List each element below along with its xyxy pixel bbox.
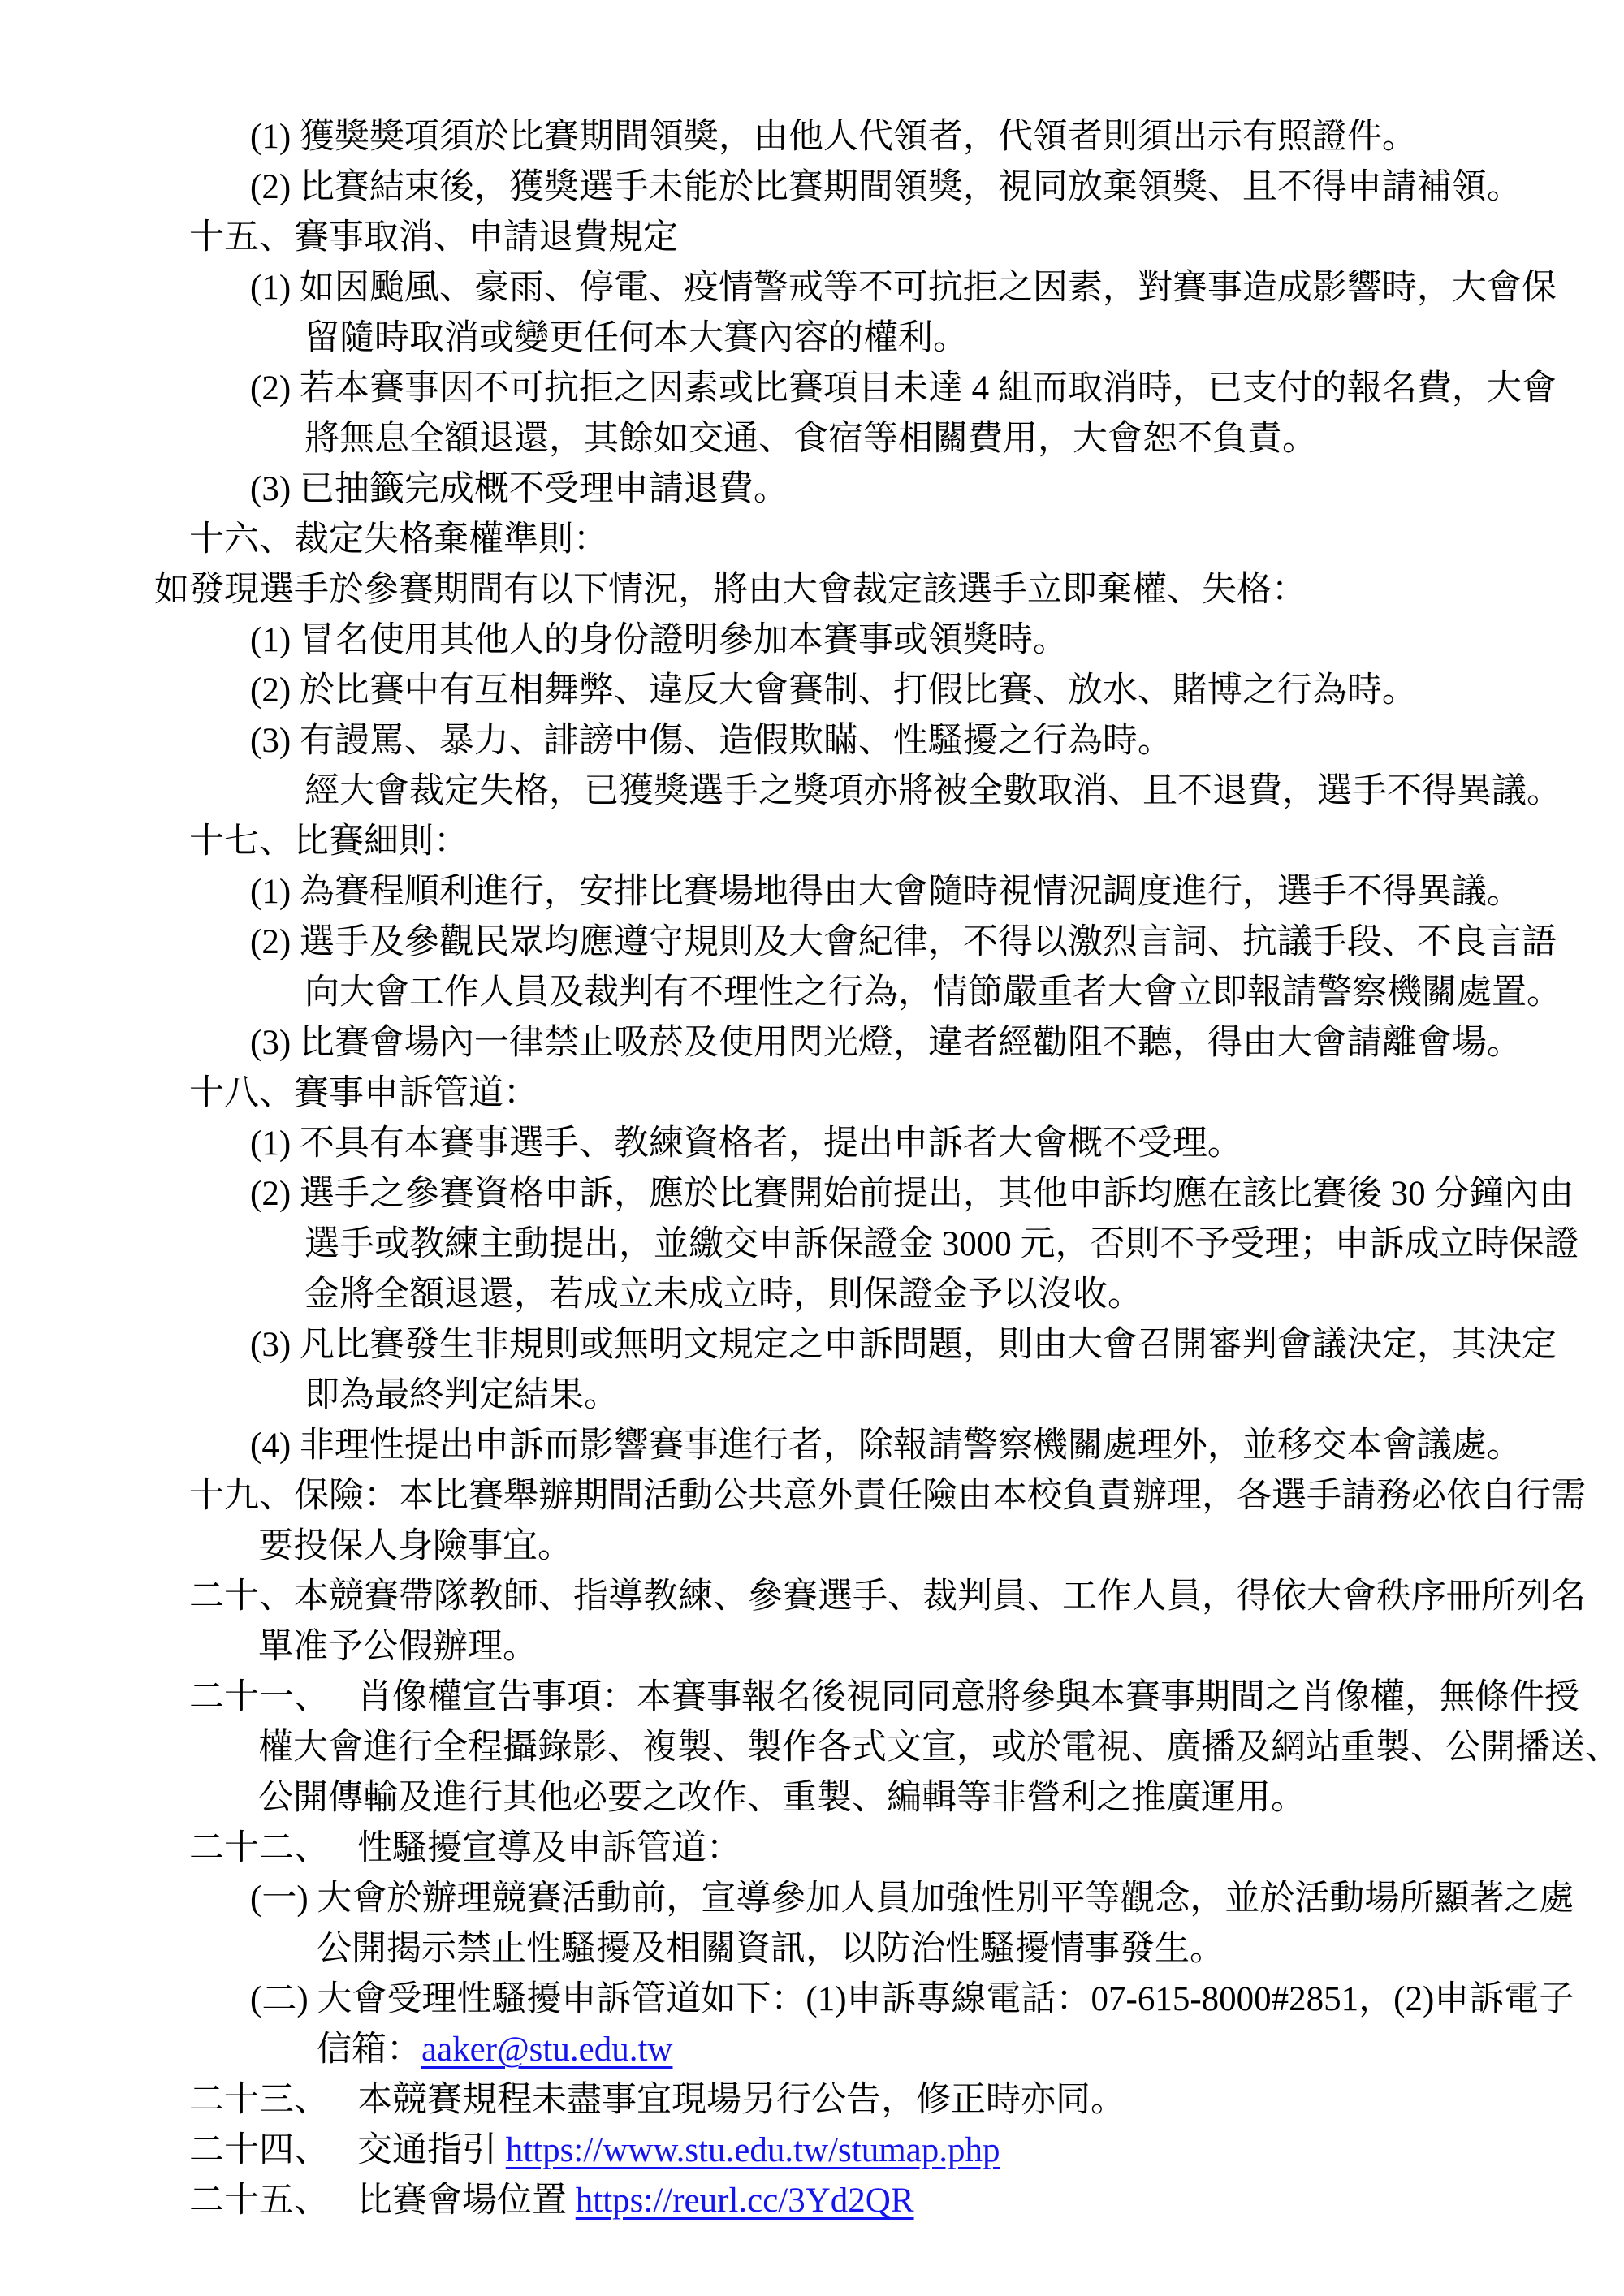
doc-line: 留隨時取消或變更任何本大賽內容的權利。 <box>304 313 1624 364</box>
doc-line: (1) 獲獎獎項須於比賽期間領獎，由他人代領者，代領者則須出示有照證件。 <box>250 112 1624 162</box>
doc-line: 公開傳輸及進行其他必要之改作、重製、編輯等非營利之推廣運用。 <box>258 1773 1624 1823</box>
doc-line: 公開揭示禁止性騷擾及相關資訊，以防治性騷擾情事發生。 <box>317 1924 1624 1974</box>
doc-line: (2) 比賽結束後，獲獎選手未能於比賽期間領獎，視同放棄領獎、且不得申請補領。 <box>250 162 1624 213</box>
doc-line: (3) 凡比賽發生非規則或無明文規定之申訴問題，則由大會召開審判會議決定，其決定 <box>250 1320 1624 1370</box>
text-run: (1) 如因颱風、豪雨、停電、疫情警戒等不可抗拒之因素，對賽事造成影響時，大會保 <box>250 269 1557 307</box>
text-run: 公開揭示禁止性騷擾及相關資訊，以防治性騷擾情事發生。 <box>317 1930 1224 1968</box>
doc-line: (2) 選手及參觀民眾均應遵守規則及大會紀律，不得以激烈言詞、抗議手段、不良言語 <box>250 917 1624 968</box>
doc-line: (2) 選手之參賽資格申訴，應於比賽開始前提出，其他申訴均應在該比賽後 30 分… <box>250 1169 1624 1219</box>
item-number: 二十四、 <box>189 2126 357 2176</box>
doc-line: 十八、賽事申訴管道： <box>189 1068 1624 1119</box>
text-run: 向大會工作人員及裁判有不理性之行為，情節嚴重者大會立即報請警察機關處置。 <box>304 973 1561 1012</box>
doc-line: 十九、保險：本比賽舉辦期間活動公共意外責任險由本校負責辦理，各選手請務必依自行需 <box>189 1471 1624 1521</box>
text-run: 權大會進行全程攝錄影、複製、製作各式文宣，或於電視、廣播及網站重製、公開播送、 <box>258 1728 1620 1767</box>
text-run: (一) 大會於辦理競賽活動前，宣導參加人員加強性別平等觀念，並於活動場所顯著之處 <box>250 1880 1574 1918</box>
text-run: 比賽會場位置 <box>357 2182 576 2220</box>
text-run: 經大會裁定失格，已獲獎選手之獎項亦將被全數取消、且不退費，選手不得異議。 <box>304 772 1561 810</box>
doc-line: (2) 於比賽中有互相舞弊、違反大會賽制、打假比賽、放水、賭博之行為時。 <box>250 666 1624 716</box>
item-number: 二十二、 <box>189 1823 357 1874</box>
text-run: (2) 若本賽事因不可抗拒之因素或比賽項目未達 4 組而取消時，已支付的報名費，… <box>250 369 1557 408</box>
item-number: 二十一、 <box>189 1672 357 1723</box>
text-run: (1) 獲獎獎項須於比賽期間領獎，由他人代領者，代領者則須出示有照證件。 <box>250 118 1417 156</box>
text-run: 將無息全額退還，其餘如交通、食宿等相關費用，大會恕不負責。 <box>304 420 1317 458</box>
text-run: 交通指引 <box>357 2131 506 2169</box>
doc-line: 單准予公假辦理。 <box>258 1622 1624 1672</box>
text-run: (1) 冒名使用其他人的身份證明參加本賽事或領獎時。 <box>250 621 1068 659</box>
doc-line: 十七、比賽細則： <box>189 817 1624 867</box>
text-run: 公開傳輸及進行其他必要之改作、重製、編輯等非營利之推廣運用。 <box>258 1779 1306 1817</box>
text-run: 留隨時取消或變更任何本大賽內容的權利。 <box>304 319 968 357</box>
text-run: 十八、賽事申訴管道： <box>189 1074 538 1112</box>
doc-line: (3) 有謾罵、暴力、誹謗中傷、造假欺瞞、性騷擾之行為時。 <box>250 716 1624 766</box>
doc-line: 將無息全額退還，其餘如交通、食宿等相關費用，大會恕不負責。 <box>304 414 1624 464</box>
doc-line: (4) 非理性提出申訴而影響賽事進行者，除報請警察機關處理外，並移交本會議處。 <box>250 1421 1624 1471</box>
doc-line: 二十二、性騷擾宣導及申訴管道： <box>189 1823 1624 1874</box>
email-link[interactable]: aaker@stu.edu.tw <box>421 2031 672 2069</box>
text-run: (1) 為賽程順利進行，安排比賽場地得由大會隨時視情況調度進行，選手不得異議。 <box>250 873 1522 911</box>
traffic-map-link[interactable]: https://www.stu.edu.tw/stumap.php <box>506 2131 1000 2169</box>
doc-line: 如發現選手於參賽期間有以下情況，將由大會裁定該選手立即棄權、失格： <box>154 565 1624 615</box>
doc-line: 信箱：aaker@stu.edu.tw <box>317 2025 1624 2075</box>
text-run: (2) 於比賽中有互相舞弊、違反大會賽制、打假比賽、放水、賭博之行為時。 <box>250 671 1417 710</box>
text-run: 二十、本競賽帶隊教師、指導教練、參賽選手、裁判員、工作人員，得依大會秩序冊所列名 <box>189 1577 1586 1616</box>
doc-line: (1) 如因颱風、豪雨、停電、疫情警戒等不可抗拒之因素，對賽事造成影響時，大會保 <box>250 263 1624 313</box>
text-run: 十九、保險：本比賽舉辦期間活動公共意外責任險由本校負責辦理，各選手請務必依自行需 <box>189 1477 1586 1515</box>
text-run: (二) 大會受理性騷擾申訴管道如下：(1)申訴專線電話：07-615-8000#… <box>250 1980 1574 2018</box>
doc-line: 要投保人身險事宜。 <box>258 1521 1624 1572</box>
text-run: 本競賽規程未盡事宜現場另行公告，修正時亦同。 <box>357 2081 1125 2119</box>
doc-line: (一) 大會於辦理競賽活動前，宣導參加人員加強性別平等觀念，並於活動場所顯著之處 <box>250 1874 1624 1924</box>
doc-line: (3) 已抽籤完成概不受理申請退費。 <box>250 464 1624 515</box>
text-run: 十五、賽事取消、申請退費規定 <box>189 218 678 257</box>
doc-line: 二十三、本競賽規程未盡事宜現場另行公告，修正時亦同。 <box>189 2075 1624 2126</box>
doc-line: (1) 為賽程順利進行，安排比賽場地得由大會隨時視情況調度進行，選手不得異議。 <box>250 867 1624 917</box>
doc-line: (2) 若本賽事因不可抗拒之因素或比賽項目未達 4 組而取消時，已支付的報名費，… <box>250 364 1624 414</box>
text-run: 肖像權宣告事項：本賽事報名後視同同意將參與本賽事期間之肖像權，無條件授 <box>357 1678 1579 1716</box>
text-run: (2) 選手之參賽資格申訴，應於比賽開始前提出，其他申訴均應在該比賽後 30 分… <box>250 1175 1574 1213</box>
text-run: 金將全額退還，若成立未成立時，則保證金予以沒收。 <box>304 1275 1142 1314</box>
doc-line: 經大會裁定失格，已獲獎選手之獎項亦將被全數取消、且不退費，選手不得異議。 <box>304 766 1624 817</box>
doc-line: 十五、賽事取消、申請退費規定 <box>189 213 1624 263</box>
text-run: (3) 比賽會場內一律禁止吸菸及使用閃光燈，違者經勸阻不聽，得由大會請離會場。 <box>250 1024 1522 1062</box>
text-run: 單准予公假辦理。 <box>258 1628 538 1666</box>
text-run: 信箱： <box>317 2031 421 2069</box>
text-run: (2) 比賽結束後，獲獎選手未能於比賽期間領獎，視同放棄領獎、且不得申請補領。 <box>250 168 1522 206</box>
text-run: (4) 非理性提出申訴而影響賽事進行者，除報請警察機關處理外，並移交本會議處。 <box>250 1426 1522 1465</box>
doc-line: (二) 大會受理性騷擾申訴管道如下：(1)申訴專線電話：07-615-8000#… <box>250 1974 1624 2025</box>
text-run: 如發現選手於參賽期間有以下情況，將由大會裁定該選手立即棄權、失格： <box>154 571 1307 609</box>
venue-location-link[interactable]: https://reurl.cc/3Yd2QR <box>576 2182 914 2220</box>
doc-line: (1) 不具有本賽事選手、教練資格者，提出申訴者大會概不受理。 <box>250 1119 1624 1169</box>
doc-line: 向大會工作人員及裁判有不理性之行為，情節嚴重者大會立即報請警察機關處置。 <box>304 968 1624 1018</box>
text-run: 十七、比賽細則： <box>189 822 469 861</box>
text-run: 性騷擾宣導及申訴管道： <box>357 1829 741 1867</box>
text-run: 十六、裁定失格棄權準則： <box>189 520 608 559</box>
doc-line: 二十五、比賽會場位置 https://reurl.cc/3Yd2QR <box>189 2176 1624 2226</box>
doc-line: 金將全額退還，若成立未成立時，則保證金予以沒收。 <box>304 1270 1624 1320</box>
doc-line: 二十、本競賽帶隊教師、指導教練、參賽選手、裁判員、工作人員，得依大會秩序冊所列名 <box>189 1572 1624 1622</box>
item-number: 二十五、 <box>189 2176 357 2226</box>
text-run: (3) 有謾罵、暴力、誹謗中傷、造假欺瞞、性騷擾之行為時。 <box>250 722 1173 760</box>
document-body: (1) 獲獎獎項須於比賽期間領獎，由他人代領者，代領者則須出示有照證件。(2) … <box>0 0 1624 2226</box>
doc-line: 選手或教練主動提出，並繳交申訴保證金 3000 元，否則不予受理；申訴成立時保證 <box>304 1219 1624 1270</box>
doc-line: (3) 比賽會場內一律禁止吸菸及使用閃光燈，違者經勸阻不聽，得由大會請離會場。 <box>250 1018 1624 1068</box>
doc-line: 二十一、肖像權宣告事項：本賽事報名後視同同意將參與本賽事期間之肖像權，無條件授 <box>189 1672 1624 1723</box>
text-run: (1) 不具有本賽事選手、教練資格者，提出申訴者大會概不受理。 <box>250 1124 1242 1163</box>
text-run: (3) 凡比賽發生非規則或無明文規定之申訴問題，則由大會召開審判會議決定，其決定 <box>250 1326 1557 1364</box>
doc-line: 二十四、交通指引 https://www.stu.edu.tw/stumap.p… <box>189 2126 1624 2176</box>
doc-line: 權大會進行全程攝錄影、複製、製作各式文宣，或於電視、廣播及網站重製、公開播送、 <box>258 1723 1624 1773</box>
page: (1) 獲獎獎項須於比賽期間領獎，由他人代領者，代領者則須出示有照證件。(2) … <box>0 0 1624 2296</box>
text-run: 即為最終判定結果。 <box>304 1376 619 1414</box>
item-number: 二十三、 <box>189 2075 357 2126</box>
text-run: 選手或教練主動提出，並繳交申訴保證金 3000 元，否則不予受理；申訴成立時保證 <box>304 1225 1579 1263</box>
text-run: 要投保人身險事宜。 <box>258 1527 572 1565</box>
text-run: (3) 已抽籤完成概不受理申請退費。 <box>250 470 788 508</box>
doc-line: 十六、裁定失格棄權準則： <box>189 515 1624 565</box>
doc-line: 即為最終判定結果。 <box>304 1370 1624 1421</box>
text-run: (2) 選手及參觀民眾均應遵守規則及大會紀律，不得以激烈言詞、抗議手段、不良言語 <box>250 923 1557 961</box>
doc-line: (1) 冒名使用其他人的身份證明參加本賽事或領獎時。 <box>250 615 1624 666</box>
